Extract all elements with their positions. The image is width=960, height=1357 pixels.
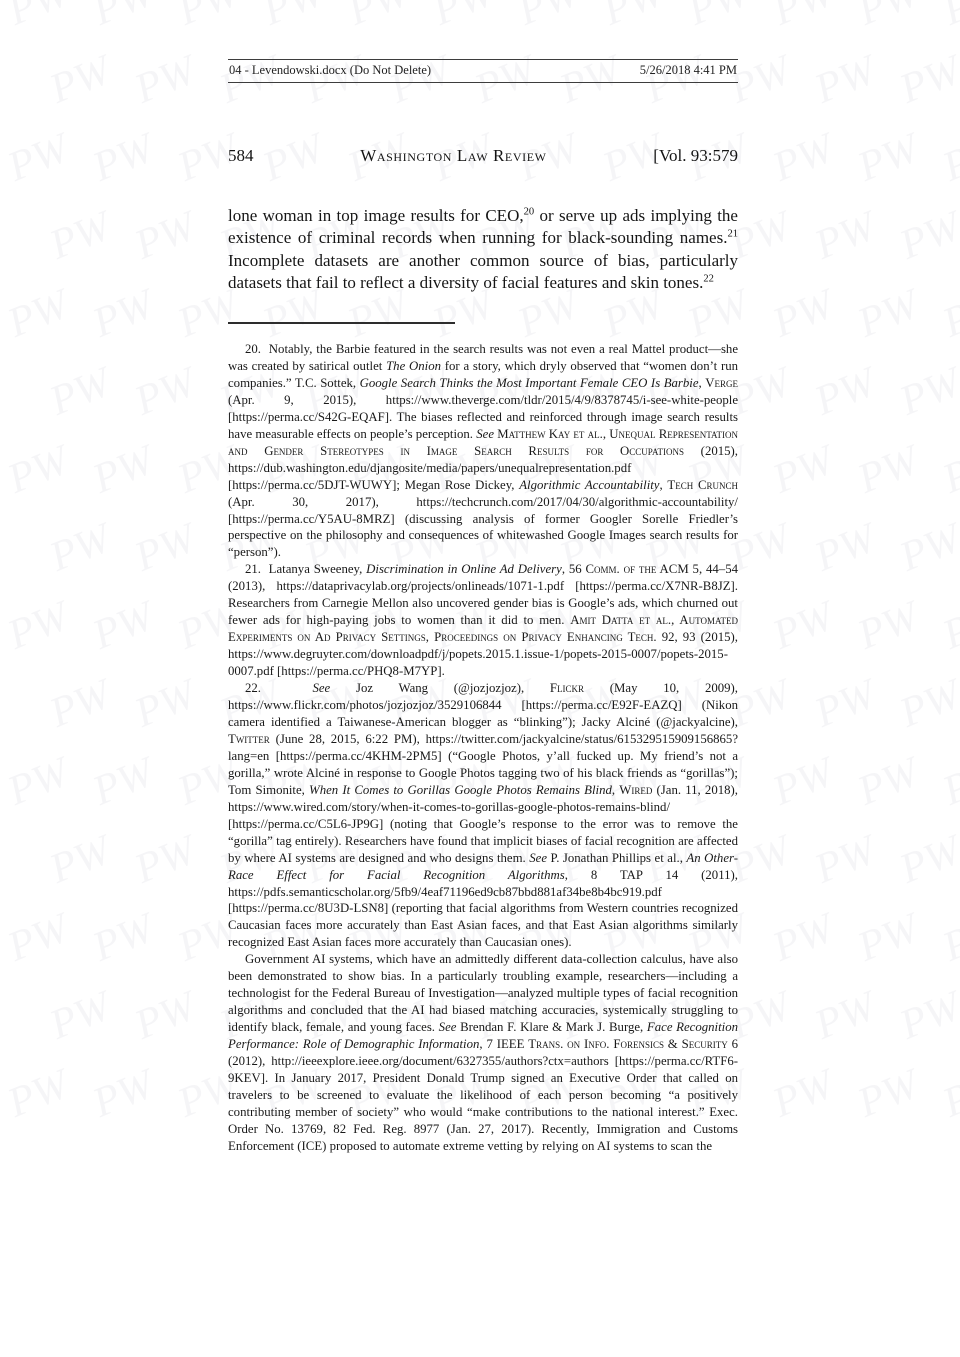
watermark-stamp: PW — [851, 748, 925, 815]
watermark-stamp: PW — [851, 0, 925, 36]
watermark-stamp: PW — [766, 592, 840, 659]
watermark-stamp: PW — [936, 0, 960, 36]
header-filename: 04 - Levendowski.docx (Do Not Delete) — [229, 64, 431, 77]
watermark-stamp: PW — [893, 826, 960, 893]
watermark-stamp: PW — [808, 514, 882, 581]
watermark-stamp: PW — [893, 202, 960, 269]
header-timestamp: 5/26/2018 4:41 PM — [640, 64, 737, 77]
watermark-stamp: PW — [1, 436, 75, 503]
watermark-stamp: PW — [1, 0, 75, 36]
watermark-stamp: PW — [128, 46, 202, 113]
watermark-stamp: PW — [1, 280, 75, 347]
text-segment: Flickr — [550, 681, 584, 695]
text-segment: P. Jonathan Phillips et al., — [547, 851, 686, 865]
watermark-stamp: PW — [808, 670, 882, 737]
watermark-stamp: PW — [851, 280, 925, 347]
text-segment: lone woman in top image results for CEO, — [228, 206, 524, 225]
watermark-stamp: PW — [128, 514, 202, 581]
text-segment: Algorithmic Accountability — [519, 478, 659, 492]
watermark-stamp: PW — [1, 748, 75, 815]
text-segment: See — [476, 427, 494, 441]
footnote-paragraph: 20. Notably, the Barbie featured in the … — [228, 341, 738, 561]
watermark-stamp: PW — [128, 202, 202, 269]
watermark-stamp: PW — [43, 46, 117, 113]
watermark-stamp: PW — [86, 904, 160, 971]
text-segment: Comm. of the ACM — [586, 562, 689, 576]
text-segment: Twitter — [228, 732, 270, 746]
watermark-stamp: PW — [851, 436, 925, 503]
text-segment: 21. Latanya Sweeney, — [245, 562, 366, 576]
watermark-stamp: PW — [86, 1060, 160, 1127]
watermark-stamp: PW — [43, 514, 117, 581]
watermark-stamp: PW — [766, 436, 840, 503]
footnote-paragraph: 22. See Joz Wang (@jozjozjoz), Flickr (M… — [228, 680, 738, 951]
watermark-stamp: PW — [128, 826, 202, 893]
watermark-stamp: PW — [808, 358, 882, 425]
footnotes: 20. Notably, the Barbie featured in the … — [228, 341, 738, 1155]
watermark-stamp: PW — [893, 982, 960, 1049]
text-segment: Tech Crunch — [667, 478, 738, 492]
watermark-stamp: PW — [936, 436, 960, 503]
watermark-stamp: PW — [893, 46, 960, 113]
watermark-stamp: PW — [808, 982, 882, 1049]
watermark-stamp: PW — [936, 904, 960, 971]
text-segment: (Apr. 30, 2017), https://techcrunch.com/… — [228, 495, 738, 560]
text-segment: , 7 IEEE — [479, 1037, 528, 1051]
watermark-stamp: PW — [86, 748, 160, 815]
draft-header: 04 - Levendowski.docx (Do Not Delete) 5/… — [228, 59, 738, 83]
watermark-stamp: PW — [43, 826, 117, 893]
text-segment: 21 — [727, 229, 738, 240]
watermark-stamp: PW — [511, 0, 585, 36]
watermark-stamp: PW — [1, 1060, 75, 1127]
watermark-stamp: PW — [893, 514, 960, 581]
watermark-stamp: PW — [681, 0, 755, 36]
watermark-stamp: PW — [1, 124, 75, 191]
watermark-stamp: PW — [936, 280, 960, 347]
watermark-stamp: PW — [851, 124, 925, 191]
watermark-stamp: PW — [766, 748, 840, 815]
watermark-stamp: PW — [596, 0, 670, 36]
text-segment: Discrimination in Online Ad Delivery — [366, 562, 562, 576]
watermark-stamp: PW — [766, 904, 840, 971]
watermark-stamp: PW — [86, 0, 160, 36]
footnote-separator — [228, 322, 455, 324]
footnote-paragraph: 21. Latanya Sweeney, Discrimination in O… — [228, 561, 738, 680]
text-segment: Brendan F. Klare & Mark J. Burge, — [456, 1020, 646, 1034]
text-segment: Incomplete datasets are another common s… — [228, 251, 738, 292]
watermark-stamp: PW — [256, 0, 330, 36]
watermark-stamp: PW — [43, 982, 117, 1049]
watermark-stamp: PW — [43, 202, 117, 269]
text-segment: When It Comes to Gorillas Google Photos … — [309, 783, 612, 797]
watermark-stamp: PW — [1, 904, 75, 971]
body-paragraph: lone woman in top image results for CEO,… — [228, 205, 738, 294]
watermark-stamp: PW — [426, 0, 500, 36]
watermark-stamp: PW — [341, 0, 415, 36]
text-segment: Wired — [619, 783, 652, 797]
text-segment: 6 (2012), http://ieeexplore.ieee.org/doc… — [228, 1037, 738, 1153]
journal-title: Washington Law Review — [360, 146, 546, 166]
text-segment: Google Search Thinks the Most Important … — [360, 376, 699, 390]
watermark-stamp: PW — [128, 982, 202, 1049]
text-segment: 22 — [703, 273, 714, 284]
watermark-stamp: PW — [936, 1060, 960, 1127]
watermark-stamp: PW — [893, 670, 960, 737]
watermark-stamp: PW — [128, 358, 202, 425]
page-number: 584 — [228, 146, 254, 166]
text-segment: Joz Wang (@jozjozjoz), — [330, 681, 550, 695]
text-segment: See — [439, 1020, 457, 1034]
watermark-stamp: PW — [171, 0, 245, 36]
text-segment: , 56 — [562, 562, 586, 576]
watermark-stamp: PW — [851, 592, 925, 659]
watermark-stamp: PW — [808, 826, 882, 893]
watermark-stamp: PW — [86, 124, 160, 191]
watermark-stamp: PW — [808, 202, 882, 269]
watermark-stamp: PW — [936, 748, 960, 815]
watermark-stamp: PW — [43, 358, 117, 425]
watermark-stamp: PW — [766, 280, 840, 347]
watermark-stamp: PW — [86, 592, 160, 659]
text-segment: 20 — [524, 206, 535, 217]
watermark-stamp: PW — [86, 280, 160, 347]
watermark-stamp: PW — [1, 592, 75, 659]
volume-citation: [Vol. 93:579 — [653, 146, 738, 166]
text-segment: See — [312, 681, 330, 695]
watermark-stamp: PW — [128, 670, 202, 737]
watermark-stamp: PW — [766, 124, 840, 191]
watermark-stamp: PW — [893, 358, 960, 425]
text-segment: 22. — [245, 681, 312, 695]
watermark-stamp: PW — [936, 124, 960, 191]
watermark-stamp: PW — [936, 592, 960, 659]
footnote-paragraph: Government AI systems, which have an adm… — [228, 951, 738, 1154]
text-segment: See — [529, 851, 547, 865]
watermark-stamp: PW — [851, 904, 925, 971]
watermark-stamp: PW — [766, 1060, 840, 1127]
text-segment: The Onion — [386, 359, 441, 373]
text-segment: Trans. on Info. Forensics & Security — [528, 1037, 727, 1051]
watermark-stamp: PW — [851, 1060, 925, 1127]
watermark-stamp: PW — [766, 0, 840, 36]
document-page: PWPWPWPWPWPWPWPWPWPWPWPWPWPWPWPWPWPWPWPW… — [0, 0, 960, 1357]
watermark-stamp: PW — [86, 436, 160, 503]
text-segment: Verge — [705, 376, 738, 390]
watermark-stamp: PW — [808, 46, 882, 113]
running-head: 584 Washington Law Review [Vol. 93:579 — [228, 146, 738, 166]
watermark-stamp: PW — [43, 670, 117, 737]
